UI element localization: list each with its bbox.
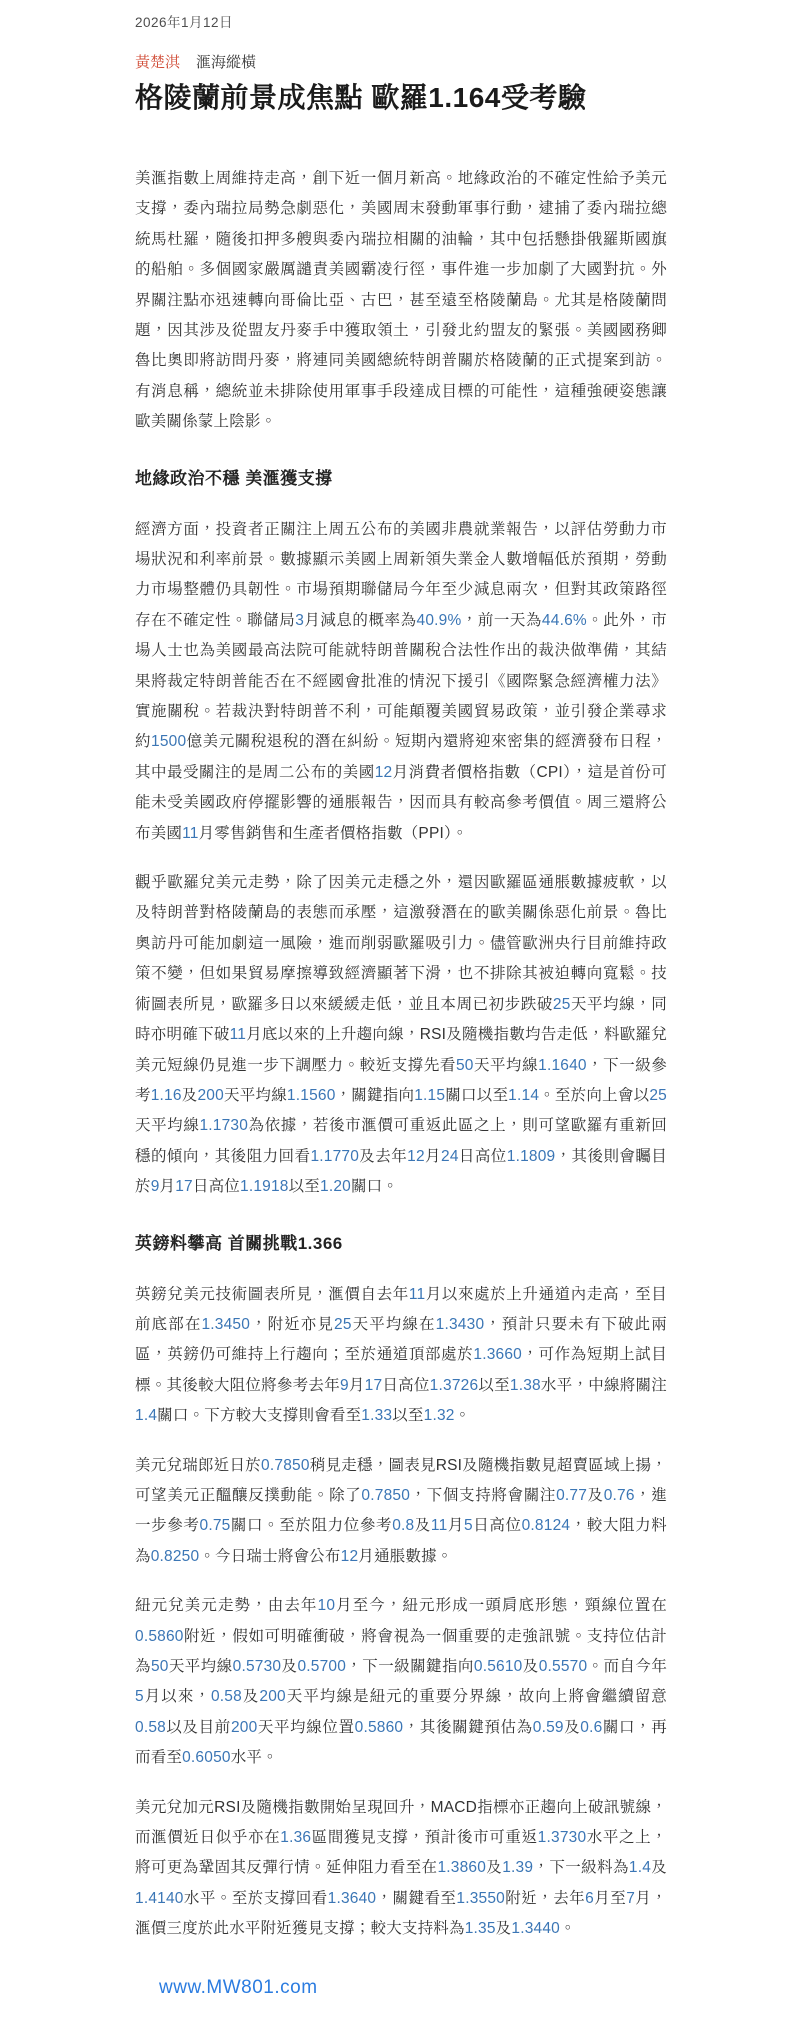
numeric-value: 12 — [341, 1548, 359, 1565]
article-title: 格陵蘭前景成焦點 歐羅1.164受考驗 — [135, 80, 667, 117]
article-paragraph: 美滙指數上周維持走高，創下近一個月新高。地緣政治的不確定性給予美元支撐，委內瑞拉… — [135, 164, 667, 438]
numeric-value: 0.5730 — [233, 1658, 282, 1675]
numeric-value: 0.5860 — [355, 1719, 404, 1736]
numeric-value: 1.39 — [502, 1859, 533, 1876]
numeric-value: 1.35 — [465, 1920, 496, 1937]
section-heading: 地緣政治不穩 美滙獲支撐 — [135, 464, 667, 489]
numeric-value: 25 — [334, 1316, 352, 1333]
numeric-value: 6 — [585, 1890, 594, 1907]
byline: 黃楚淇 滙海縱橫 — [135, 51, 667, 72]
numeric-value: 1.3430 — [436, 1316, 485, 1333]
author-name[interactable]: 黃楚淇 — [135, 51, 180, 72]
numeric-value: 0.58 — [211, 1688, 242, 1705]
numeric-value: 1.3730 — [538, 1829, 587, 1846]
numeric-value: 12 — [375, 764, 393, 781]
numeric-value: 5 — [135, 1688, 144, 1705]
numeric-value: 1.3660 — [473, 1346, 522, 1363]
numeric-value: 1.4 — [135, 1407, 157, 1424]
publish-date: 2026年1月12日 — [135, 9, 667, 31]
numeric-value: 1.16 — [151, 1087, 182, 1104]
numeric-value: 50 — [151, 1658, 169, 1675]
footer-site-link[interactable]: www.MW801.com — [159, 1977, 318, 1998]
numeric-value: 44.6% — [542, 612, 587, 629]
article-paragraph: 紐元兌美元走勢，由去年10月至今，紐元形成一頭肩底形態，頸線位置在0.5860附… — [135, 1591, 667, 1773]
numeric-value: 0.6050 — [182, 1749, 231, 1766]
numeric-value: 7 — [626, 1890, 635, 1907]
numeric-value: 12 — [407, 1148, 425, 1165]
article-page: 2026年1月12日 黃楚淇 滙海縱橫 格陵蘭前景成焦點 歐羅1.164受考驗 … — [0, 0, 799, 1999]
numeric-value: 1.38 — [510, 1377, 541, 1394]
footer: www.MW801.com — [159, 1977, 667, 1999]
numeric-value: 0.7850 — [361, 1487, 410, 1504]
numeric-value: 11 — [431, 1517, 448, 1534]
article-paragraph: 經濟方面，投資者正關注上周五公布的美國非農就業報告，以評估勞動力市場狀況和利率前… — [135, 515, 667, 849]
numeric-value: 0.76 — [604, 1487, 635, 1504]
numeric-value: 0.8 — [392, 1517, 414, 1534]
numeric-value: 1.20 — [320, 1178, 351, 1195]
article-paragraph: 英鎊兌美元技術圖表所見，滙價自去年11月以來處於上升通道內走高，至目前底部在1.… — [135, 1280, 667, 1432]
numeric-value: 1.4140 — [135, 1890, 184, 1907]
numeric-value: 1.3550 — [456, 1890, 505, 1907]
numeric-value: 1.3440 — [511, 1920, 560, 1937]
numeric-value: 1.1809 — [507, 1148, 556, 1165]
numeric-value: 1.3640 — [328, 1890, 377, 1907]
numeric-value: 1500 — [151, 733, 186, 750]
numeric-value: 0.59 — [533, 1719, 564, 1736]
numeric-value: 9 — [151, 1178, 160, 1195]
numeric-value: 1.3450 — [201, 1316, 250, 1333]
numeric-value: 0.7850 — [261, 1457, 310, 1474]
numeric-value: 40.9% — [417, 612, 462, 629]
numeric-value: 25 — [553, 996, 571, 1013]
numeric-value: 1.3726 — [430, 1377, 479, 1394]
numeric-value: 200 — [259, 1688, 285, 1705]
numeric-value: 1.3860 — [437, 1859, 486, 1876]
numeric-value: 10 — [318, 1597, 336, 1614]
article-body: 美滙指數上周維持走高，創下近一個月新高。地緣政治的不確定性給予美元支撐，委內瑞拉… — [135, 164, 667, 1945]
numeric-value: 17 — [175, 1178, 193, 1195]
numeric-value: 200 — [197, 1087, 223, 1104]
numeric-value: 0.77 — [556, 1487, 587, 1504]
numeric-value: 50 — [456, 1057, 474, 1074]
numeric-value: 1.36 — [280, 1829, 311, 1846]
numeric-value: 0.8124 — [522, 1517, 571, 1534]
numeric-value: 1.15 — [414, 1087, 445, 1104]
numeric-value: 1.4 — [629, 1859, 651, 1876]
numeric-value: 9 — [340, 1377, 349, 1394]
section-heading: 英鎊料攀高 首關挑戰1.366 — [135, 1229, 667, 1254]
numeric-value: 0.6 — [580, 1719, 602, 1736]
numeric-value: 1.1640 — [538, 1057, 587, 1074]
numeric-value: 24 — [441, 1148, 459, 1165]
numeric-value: 1.1770 — [310, 1148, 359, 1165]
numeric-value: 0.5860 — [135, 1628, 184, 1645]
numeric-value: 1.1560 — [287, 1087, 336, 1104]
numeric-value: 0.75 — [200, 1517, 231, 1534]
numeric-value: 0.5610 — [474, 1658, 523, 1675]
numeric-value: 0.58 — [135, 1719, 166, 1736]
numeric-value: 0.5570 — [539, 1658, 588, 1675]
article-paragraph: 美元兌瑞郎近日於0.7850稍見走穩，圖表見RSI及隨機指數見超賣區域上揚，可望… — [135, 1451, 667, 1573]
article-paragraph: 美元兌加元RSI及隨機指數開始呈現回升，MACD指標亦正趨向上破訊號線，而滙價近… — [135, 1793, 667, 1945]
article-content: 2026年1月12日 黃楚淇 滙海縱橫 格陵蘭前景成焦點 歐羅1.164受考驗 … — [135, 0, 667, 1999]
numeric-value: 0.8250 — [151, 1548, 200, 1565]
numeric-value: 1.32 — [424, 1407, 455, 1424]
numeric-value: 25 — [649, 1087, 667, 1104]
numeric-value: 17 — [365, 1377, 383, 1394]
numeric-value: 5 — [464, 1517, 473, 1534]
numeric-value: 1.14 — [508, 1087, 539, 1104]
numeric-value: 1.1730 — [199, 1117, 248, 1134]
numeric-value: 11 — [182, 825, 199, 842]
numeric-value: 0.5700 — [297, 1658, 346, 1675]
numeric-value: 11 — [230, 1026, 247, 1043]
numeric-value: 3 — [295, 612, 304, 629]
column-name[interactable]: 滙海縱橫 — [196, 51, 256, 72]
numeric-value: 1.33 — [361, 1407, 392, 1424]
article-paragraph: 觀乎歐羅兌美元走勢，除了因美元走穩之外，還因歐羅區通脹數據疲軟，以及特朗普對格陵… — [135, 868, 667, 1202]
numeric-value: 1.1918 — [240, 1178, 289, 1195]
numeric-value: 11 — [409, 1286, 426, 1303]
numeric-value: 200 — [231, 1719, 257, 1736]
